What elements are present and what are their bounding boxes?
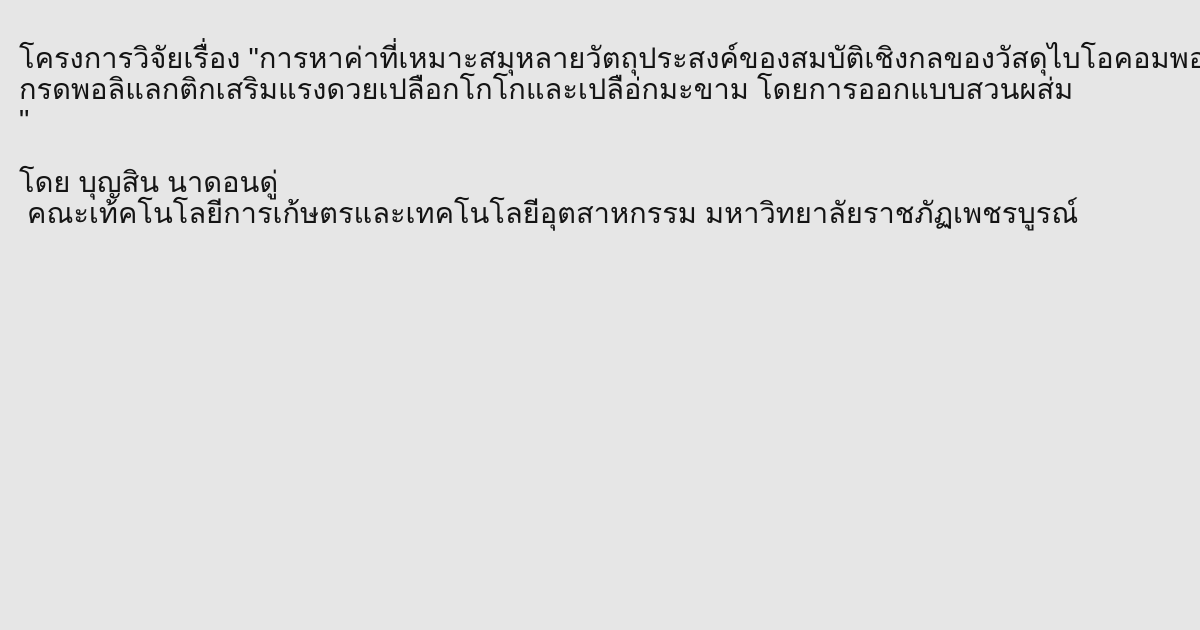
project-title-line-1: โครงการวิจัยเรื่อง "การหาค่าที่เหมาะสมุห…: [19, 44, 1190, 75]
closing-quote-line: ": [19, 106, 1190, 137]
faculty-line: คณะเท้คโนโลยีการเก้ษตรและเทคโนโลยีอุตสาห…: [19, 199, 1190, 230]
text-block: โครงการวิจัยเรื่อง "การหาค่าที่เหมาะสมุห…: [19, 44, 1190, 230]
project-title-line-2: กรดพอลิแลกติกเสริมแรงดวยเปลือกโกโกและเปล…: [19, 75, 1190, 106]
blank-spacer-line: [19, 137, 1190, 168]
research-card: โครงการวิจัยเรื่อง "การหาค่าที่เหมาะสมุห…: [0, 0, 1200, 630]
author-line: โดย บุญสิน นาดอนดู่: [19, 168, 1190, 199]
